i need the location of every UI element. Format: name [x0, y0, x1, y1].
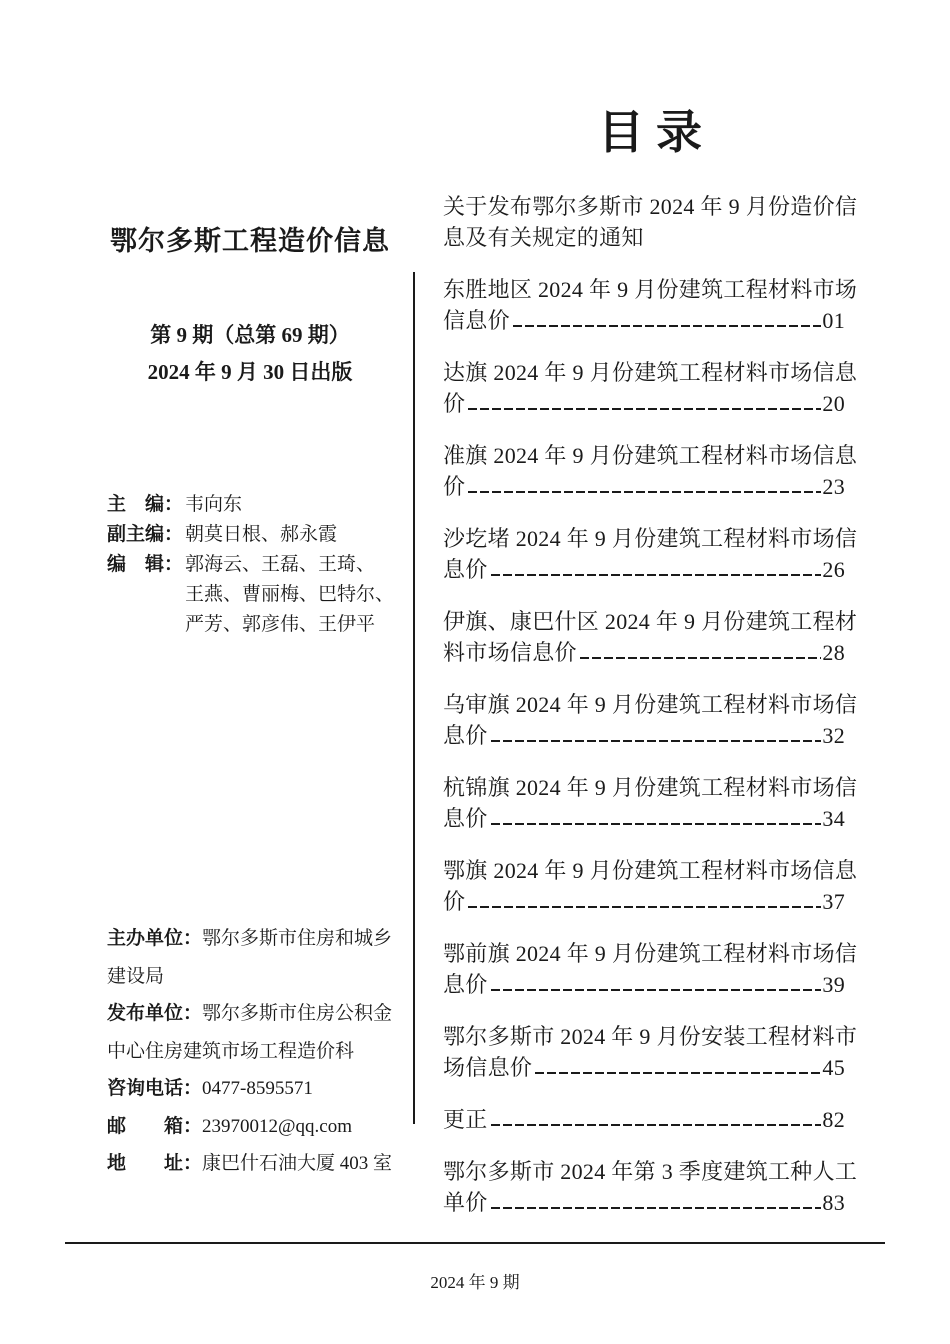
staff-row: 副主编：朝莫日根、郝永霞: [107, 520, 407, 550]
toc-dash-leader: [468, 906, 821, 908]
toc-page-number: 39: [822, 969, 845, 1000]
staff-role-label: 副主编：: [107, 520, 185, 550]
footer-rule: [65, 1242, 885, 1244]
toc-entry: 关于发布鄂尔多斯市 2024 年 9 月份造价信息及有关规定的通知: [443, 191, 845, 253]
toc-dash-leader: [513, 325, 821, 327]
info-value: 23970012@qq.com: [202, 1116, 352, 1137]
info-line-continuation: 中心住房建筑市场工程造价科: [107, 1033, 402, 1071]
toc-page-number: 26: [822, 554, 845, 585]
staff-row: 主 编：韦向东: [107, 490, 407, 520]
toc-entry-line: 价37: [443, 886, 845, 917]
toc-entry-title: 关于发布鄂尔多斯市 2024 年 9 月份造价信: [443, 191, 857, 222]
info-label: 地 址：: [107, 1153, 202, 1174]
toc-entry-line: 东胜地区 2024 年 9 月份建筑工程材料市场: [443, 274, 845, 305]
toc-entry-title: 息价: [443, 803, 488, 834]
staff-row-continuation: 王燕、曹丽梅、巴特尔、: [107, 580, 407, 610]
info-line: 咨询电话：0477-8595571: [107, 1070, 402, 1108]
toc-entry-title: 伊旗、康巴什区 2024 年 9 月份建筑工程材: [443, 606, 857, 637]
toc-dash-leader: [580, 657, 822, 659]
staff-names: 严芳、郭彦伟、王伊平: [185, 614, 375, 635]
toc-entry-title: 息价: [443, 969, 488, 1000]
toc-entry-line: 杭锦旗 2024 年 9 月份建筑工程材料市场信: [443, 772, 845, 803]
toc-entry-line: 价23: [443, 471, 845, 502]
toc-entry-title: 准旗 2024 年 9 月份建筑工程材料市场信息: [443, 440, 857, 471]
staff-row-continuation: 严芳、郭彦伟、王伊平: [107, 610, 407, 640]
table-of-contents: 目录 关于发布鄂尔多斯市 2024 年 9 月份造价信息及有关规定的通知东胜地区…: [443, 106, 845, 1239]
staff-role-label: 主 编：: [107, 490, 185, 520]
toc-entry-line: 鄂前旗 2024 年 9 月份建筑工程材料市场信: [443, 938, 845, 969]
column-divider-rule: [413, 272, 415, 1124]
toc-page-number: 32: [822, 720, 845, 751]
staff-names: 朝莫日根、郝永霞: [185, 524, 337, 545]
toc-entry-line: 鄂尔多斯市 2024 年 9 月份安装工程材料市: [443, 1021, 845, 1052]
toc-page-number: 20: [822, 388, 845, 419]
toc-entry-title: 杭锦旗 2024 年 9 月份建筑工程材料市场信: [443, 772, 857, 803]
toc-dash-leader: [491, 823, 822, 825]
page-footer: 2024 年 9 期: [0, 1268, 950, 1293]
toc-entry: 准旗 2024 年 9 月份建筑工程材料市场信息价23: [443, 440, 845, 502]
toc-entry-title: 息价: [443, 554, 488, 585]
toc-entry-line: 息价26: [443, 554, 845, 585]
toc-entry-title: 价: [443, 886, 465, 917]
toc-page-number: 37: [822, 886, 845, 917]
staff-names: 郭海云、王磊、王琦、: [185, 554, 375, 575]
toc-entry: 伊旗、康巴什区 2024 年 9 月份建筑工程材料市场信息价28: [443, 606, 845, 668]
issue-number: 第 9 期（总第 69 期）: [95, 319, 405, 349]
toc-entry-title: 达旗 2024 年 9 月份建筑工程材料市场信息: [443, 357, 857, 388]
toc-page-number: 28: [822, 637, 845, 668]
toc-entry-line: 单价83: [443, 1187, 845, 1218]
toc-entry-title: 价: [443, 388, 465, 419]
toc-entry-line: 场信息价45: [443, 1052, 845, 1083]
info-value: 鄂尔多斯市住房和城乡: [202, 928, 392, 949]
toc-entry-title: 鄂尔多斯市 2024 年 9 月份安装工程材料市: [443, 1021, 857, 1052]
toc-entry-line: 准旗 2024 年 9 月份建筑工程材料市场信息: [443, 440, 845, 471]
toc-page-number: 23: [822, 471, 845, 502]
toc-dash-leader: [491, 574, 822, 576]
toc-entry-line: 鄂尔多斯市 2024 年第 3 季度建筑工种人工: [443, 1156, 845, 1187]
toc-entry: 沙圪堵 2024 年 9 月份建筑工程材料市场信息价26: [443, 523, 845, 585]
publication-title: 鄂尔多斯工程造价信息: [95, 219, 405, 258]
toc-page-number: 01: [822, 305, 845, 336]
info-line: 邮 箱：23970012@qq.com: [107, 1108, 402, 1146]
toc-entry: 乌审旗 2024 年 9 月份建筑工程材料市场信息价32: [443, 689, 845, 751]
toc-entry-title: 鄂前旗 2024 年 9 月份建筑工程材料市场信: [443, 938, 857, 969]
toc-entry-title: 单价: [443, 1187, 488, 1218]
toc-entry-title: 东胜地区 2024 年 9 月份建筑工程材料市场: [443, 274, 857, 305]
document-page: 鄂尔多斯工程造价信息 第 9 期（总第 69 期） 2024 年 9 月 30 …: [0, 0, 950, 1344]
toc-entry-line: 信息价01: [443, 305, 845, 336]
toc-entry-line: 关于发布鄂尔多斯市 2024 年 9 月份造价信: [443, 191, 845, 222]
toc-entry: 鄂前旗 2024 年 9 月份建筑工程材料市场信息价39: [443, 938, 845, 1000]
staff-role-label: 编 辑：: [107, 550, 185, 580]
toc-entry: 杭锦旗 2024 年 9 月份建筑工程材料市场信息价34: [443, 772, 845, 834]
toc-entry-line: 伊旗、康巴什区 2024 年 9 月份建筑工程材: [443, 606, 845, 637]
info-value: 0477-8595571: [202, 1078, 313, 1099]
toc-entry-title: 料市场信息价: [443, 637, 577, 668]
publisher-info-list: 主办单位：鄂尔多斯市住房和城乡建设局发布单位：鄂尔多斯市住房公积金中心住房建筑市…: [107, 920, 402, 1183]
toc-page-number: 45: [822, 1052, 845, 1083]
toc-entry-title: 乌审旗 2024 年 9 月份建筑工程材料市场信: [443, 689, 857, 720]
toc-entry: 更正82: [443, 1104, 845, 1135]
toc-entry-line: 乌审旗 2024 年 9 月份建筑工程材料市场信: [443, 689, 845, 720]
info-label: 咨询电话：: [107, 1078, 202, 1099]
toc-entry-title: 价: [443, 471, 465, 502]
publish-date: 2024 年 9 月 30 日出版: [95, 356, 405, 386]
toc-dash-leader: [491, 989, 822, 991]
toc-entry: 鄂尔多斯市 2024 年 9 月份安装工程材料市场信息价45: [443, 1021, 845, 1083]
toc-entry-title: 息及有关规定的通知: [443, 222, 644, 253]
toc-entry: 达旗 2024 年 9 月份建筑工程材料市场信息价20: [443, 357, 845, 419]
toc-entry-title: 沙圪堵 2024 年 9 月份建筑工程材料市场信: [443, 523, 857, 554]
toc-entry-line: 料市场信息价28: [443, 637, 845, 668]
toc-page-number: 34: [822, 803, 845, 834]
toc-dash-leader: [491, 740, 822, 742]
info-line: 主办单位：鄂尔多斯市住房和城乡: [107, 920, 402, 958]
toc-entry-title: 息价: [443, 720, 488, 751]
info-label: 发布单位：: [107, 1003, 202, 1024]
toc-entry-title: 更正: [443, 1104, 488, 1135]
toc-dash-leader: [491, 1207, 822, 1209]
toc-entry-title: 场信息价: [443, 1052, 532, 1083]
toc-entry: 东胜地区 2024 年 9 月份建筑工程材料市场信息价01: [443, 274, 845, 336]
staff-names: 韦向东: [185, 494, 242, 515]
toc-entry: 鄂旗 2024 年 9 月份建筑工程材料市场信息价37: [443, 855, 845, 917]
toc-entry-line: 息价39: [443, 969, 845, 1000]
toc-entry-line: 鄂旗 2024 年 9 月份建筑工程材料市场信息: [443, 855, 845, 886]
toc-dash-leader: [468, 408, 821, 410]
toc-entry-title: 信息价: [443, 305, 510, 336]
info-value: 鄂尔多斯市住房公积金: [202, 1003, 392, 1024]
toc-entry: 鄂尔多斯市 2024 年第 3 季度建筑工种人工单价83: [443, 1156, 845, 1218]
toc-page-number: 83: [822, 1187, 845, 1218]
info-label: 邮 箱：: [107, 1116, 202, 1137]
toc-heading: 目录: [443, 106, 845, 160]
editorial-staff-list: 主 编：韦向东副主编：朝莫日根、郝永霞编 辑：郭海云、王磊、王琦、王燕、曹丽梅、…: [107, 490, 407, 640]
toc-entry-list: 关于发布鄂尔多斯市 2024 年 9 月份造价信息及有关规定的通知东胜地区 20…: [443, 191, 845, 1218]
toc-entry-line: 息价32: [443, 720, 845, 751]
info-line: 地 址：康巴什石油大厦 403 室: [107, 1145, 402, 1183]
toc-entry-line: 达旗 2024 年 9 月份建筑工程材料市场信息: [443, 357, 845, 388]
info-line: 发布单位：鄂尔多斯市住房公积金: [107, 995, 402, 1033]
info-value: 康巴什石油大厦 403 室: [202, 1153, 392, 1174]
toc-entry-line: 更正82: [443, 1104, 845, 1135]
info-label: 主办单位：: [107, 928, 202, 949]
toc-dash-leader: [491, 1124, 822, 1126]
toc-entry-title: 鄂旗 2024 年 9 月份建筑工程材料市场信息: [443, 855, 857, 886]
staff-row: 编 辑：郭海云、王磊、王琦、: [107, 550, 407, 580]
toc-entry-line: 沙圪堵 2024 年 9 月份建筑工程材料市场信: [443, 523, 845, 554]
info-line-continuation: 建设局: [107, 958, 402, 996]
toc-entry-line: 息及有关规定的通知: [443, 222, 845, 253]
toc-entry-title: 鄂尔多斯市 2024 年第 3 季度建筑工种人工: [443, 1156, 857, 1187]
toc-dash-leader: [468, 491, 821, 493]
staff-names: 王燕、曹丽梅、巴特尔、: [185, 584, 394, 605]
toc-page-number: 82: [822, 1104, 845, 1135]
toc-dash-leader: [535, 1072, 821, 1074]
toc-entry-line: 息价34: [443, 803, 845, 834]
toc-entry-line: 价20: [443, 388, 845, 419]
